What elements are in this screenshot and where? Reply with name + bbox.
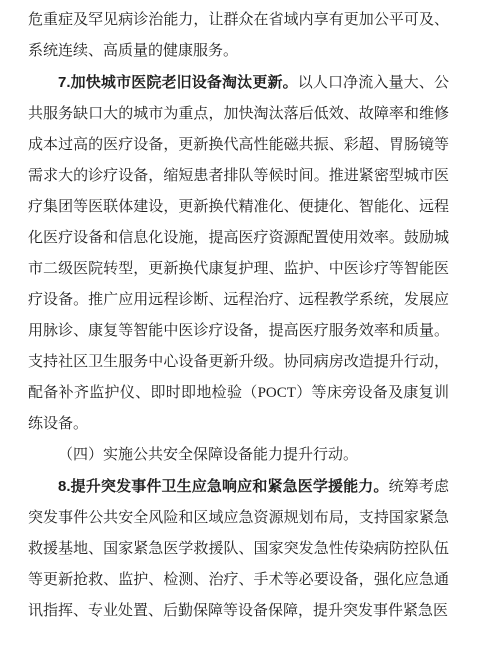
text-run-body: 危重症及罕见病诊治能力，让群众在省域内享有更加公平可及、系统连续、高质量的健康服…: [28, 12, 449, 59]
paragraph-section-4-heading: （四）实施公共安全保障设备能力提升行动。: [28, 440, 449, 471]
text-run-heading-bold: 8.提升突发事件卫生应急响应和紧急医学援能力。: [58, 478, 389, 495]
text-run-kaiti: （四）实施公共安全保障设备能力提升行动。: [58, 447, 358, 463]
paragraph-carryover-text: 危重症及罕见病诊治能力，让群众在省域内享有更加公平可及、系统连续、高质量的健康服…: [28, 5, 449, 67]
document-body: 危重症及罕见病诊治能力，让群众在省域内享有更加公平可及、系统连续、高质量的健康服…: [28, 5, 449, 627]
document-page: 危重症及罕见病诊治能力，让群众在省域内享有更加公平可及、系统连续、高质量的健康服…: [0, 0, 477, 657]
paragraph-item-7: 7.加快城市医院老旧设备淘汰更新。以人口净流入量大、公共服务缺口大的城市为重点，…: [28, 67, 449, 440]
text-run-body: 统筹考虑突发事件公共安全风险和区域应急资源规划布局，支持国家紧急救援基地、国家紧…: [28, 479, 449, 619]
text-run-body: 以人口净流入量大、公共服务缺口大的城市为重点，加快淘汰落后低效、故障率和维修成本…: [28, 75, 449, 432]
text-run-heading-bold: 7.加快城市医院老旧设备淘汰更新。: [58, 74, 298, 91]
paragraph-item-8: 8.提升突发事件卫生应急响应和紧急医学援能力。统筹考虑突发事件公共安全风险和区域…: [28, 471, 449, 627]
